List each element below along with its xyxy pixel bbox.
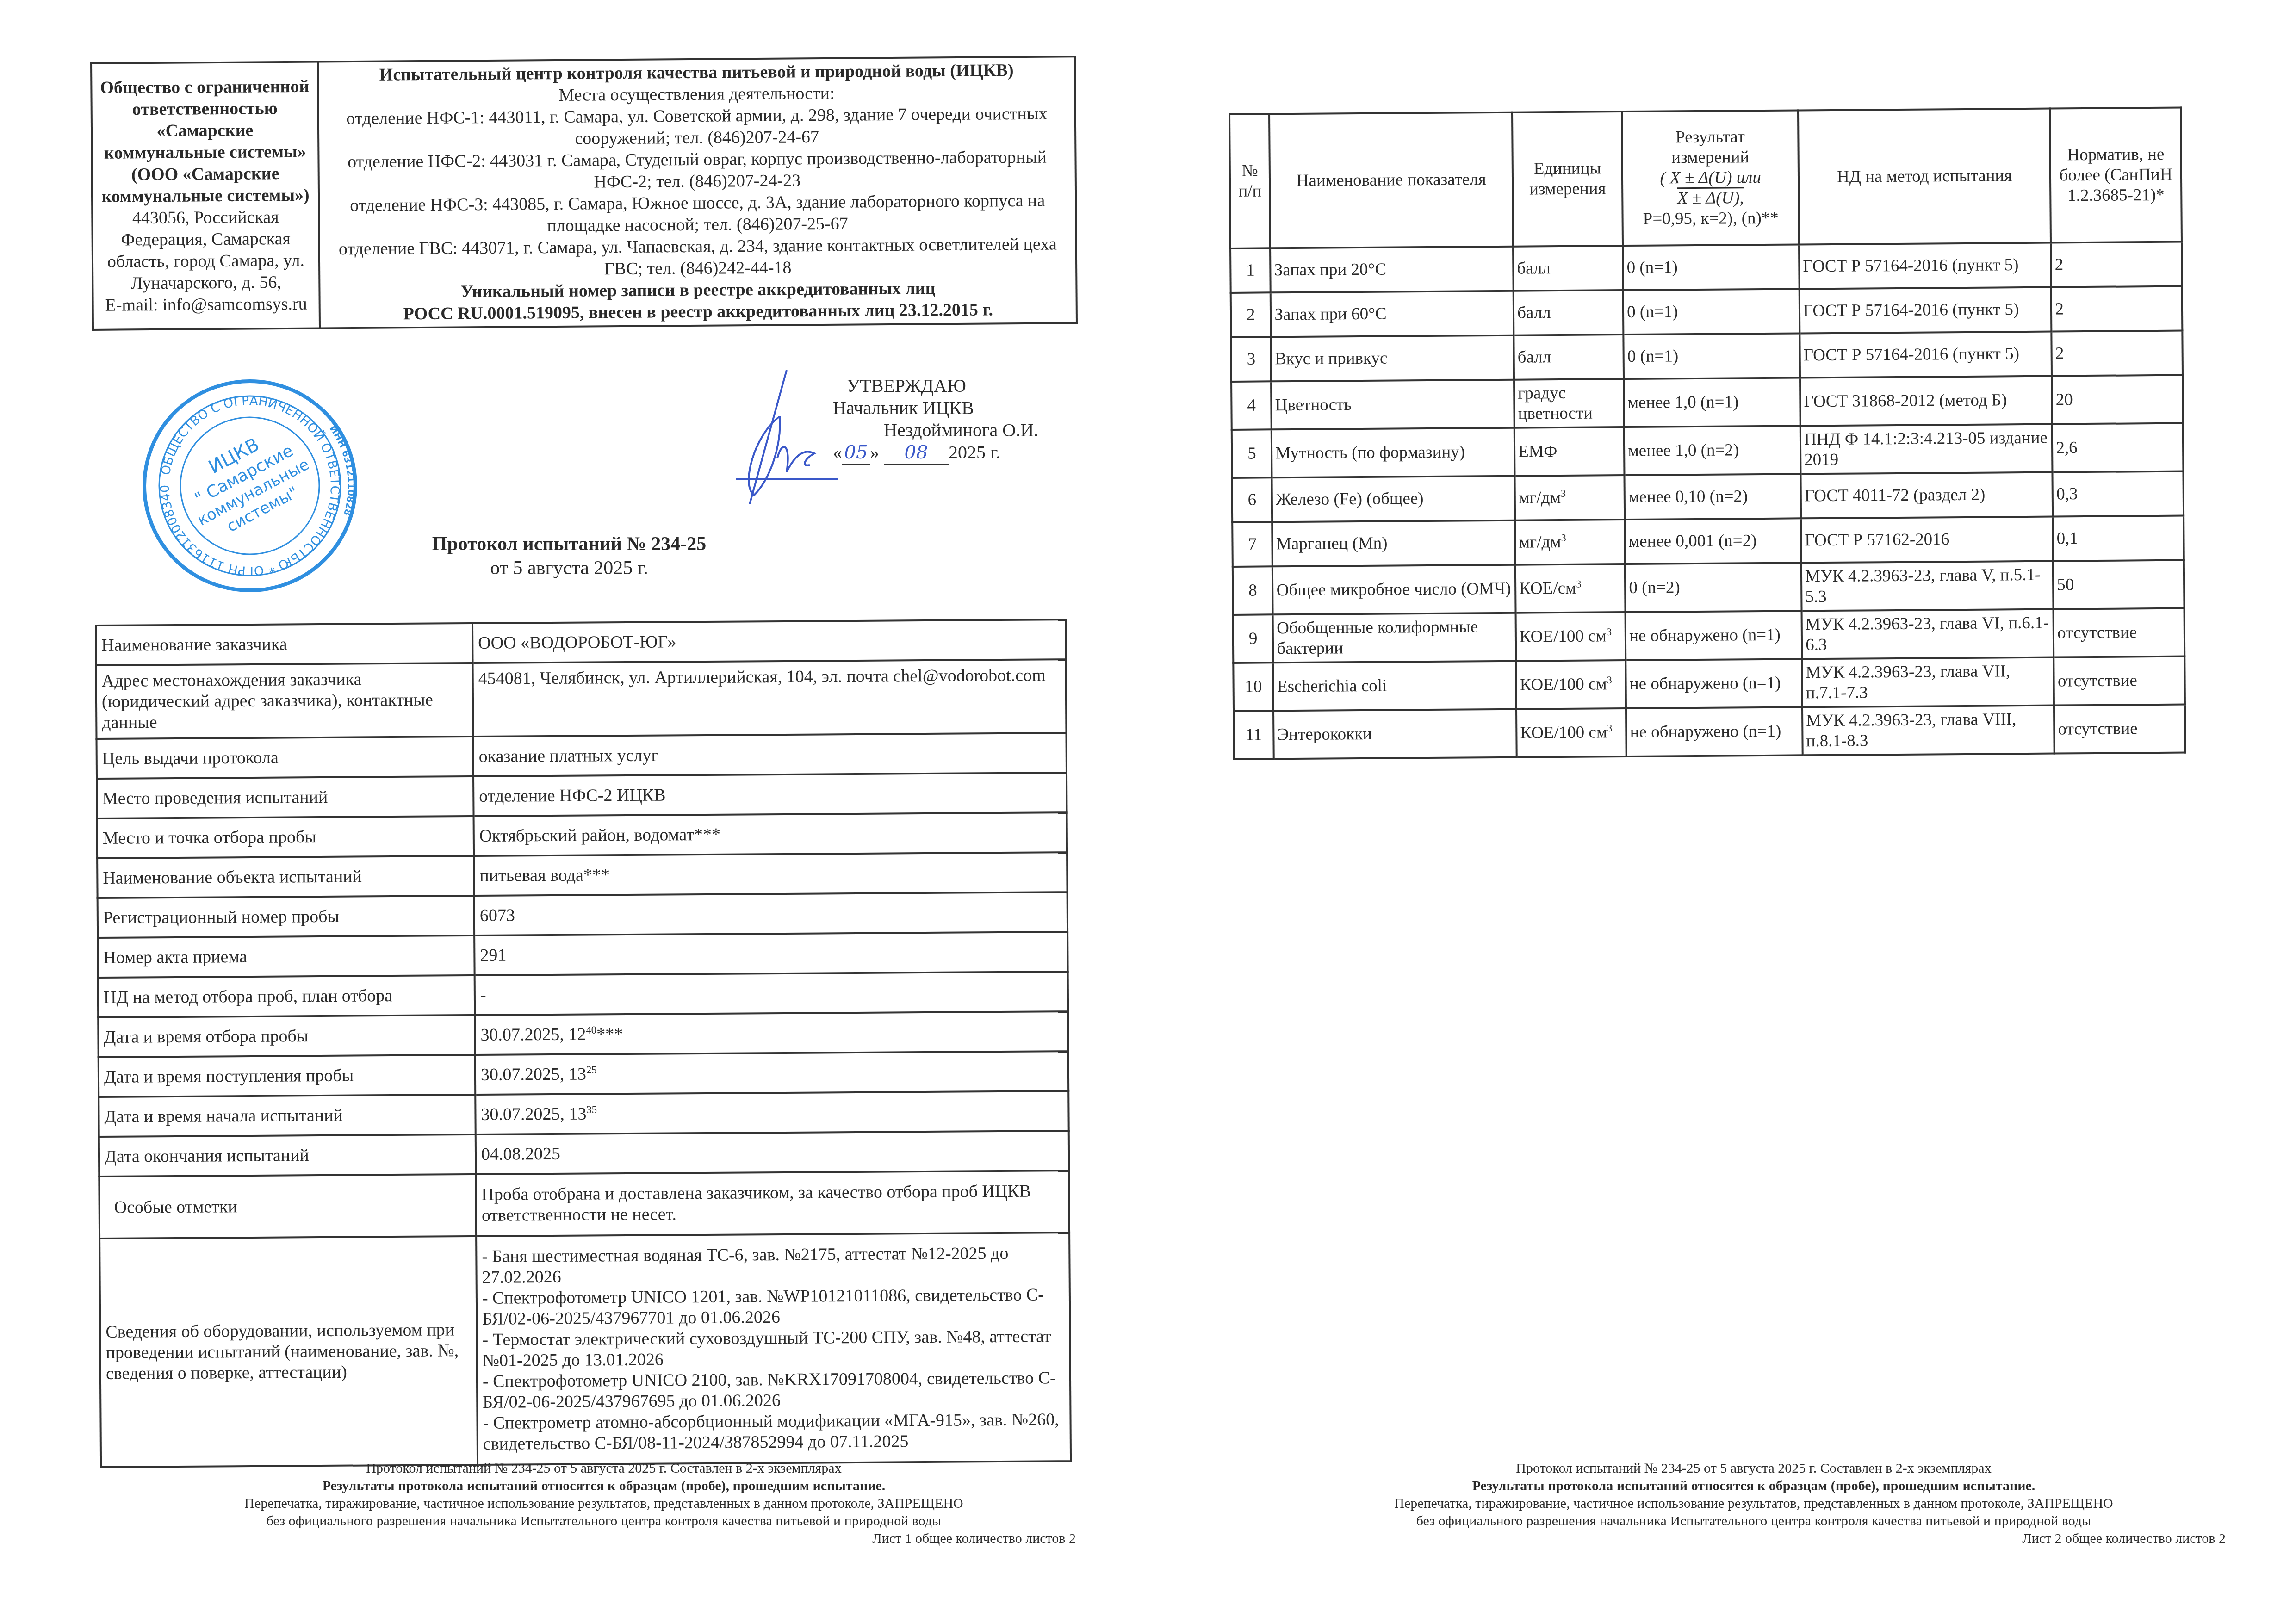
col-header-method: НД на метод испытания (1798, 109, 2051, 245)
table-row: Адрес местонахождения заказчика (юридиче… (96, 659, 1067, 739)
table-row: 2Запах при 60°Сбалл0 (n=1)ГОСТ Р 57164-2… (1231, 286, 2183, 337)
page-footer: Протокол испытаний № 234-25 от 5 августа… (1268, 1460, 2240, 1548)
unit: градус цветности (1514, 379, 1624, 428)
unit: балл (1514, 335, 1624, 380)
indicator-name: Мутность (по формазину) (1272, 428, 1514, 478)
branch-gvs: отделение ГВС: 443071, г. Самара, ул. Ча… (339, 234, 1057, 279)
registry-line-2: РОСС RU.0001.519095, внесен в реестр акк… (403, 300, 993, 323)
table-row: Сведения об оборудовании, используемом п… (99, 1233, 1071, 1467)
table-row: Цель выдачи протоколаоказание платных ус… (97, 733, 1067, 779)
result-value: менее 0,001 (n=2) (1625, 518, 1801, 564)
header-table: Общество с ограниченной ответственностью… (90, 56, 1078, 331)
sheet-number: Лист 1 общее количество листов 2 (118, 1530, 1090, 1548)
sheet-number: Лист 2 общее количество листов 2 (1268, 1530, 2240, 1548)
col-header-name: Наименование показателя (1269, 112, 1513, 248)
row-value: 454081, Челябинск, ул. Артиллерийская, 1… (473, 659, 1067, 737)
norm-value: отсутствие (2054, 608, 2184, 657)
table-header-row: № п/п Наименование показателя Единицы из… (1229, 108, 2182, 248)
org-name-line: «Самарские (157, 120, 254, 140)
indicator-name: Железо (Fe) (общее) (1272, 476, 1515, 522)
equipment-item: - Спектрофотометр UNICO 1201, зав. №WP10… (482, 1284, 1065, 1330)
test-method: МУК 4.2.3963-23, глава V, п.5.1-5.3 (1801, 561, 2054, 611)
test-method: ГОСТ 31868-2012 (метод Б) (1800, 376, 2052, 426)
norm-value: 2,6 (2052, 423, 2183, 472)
footer-line-bold: Результаты протокола испытаний относятся… (323, 1478, 886, 1493)
row-label: Особые отметки (99, 1174, 476, 1239)
table-row: Регистрационный номер пробы6073 (98, 892, 1067, 938)
table-row: 1Запах при 20°Сбалл0 (n=1)ГОСТ Р 57164-2… (1230, 242, 2182, 293)
result-value: не обнаружено (n=1) (1626, 707, 1802, 756)
unit: мг/дм3 (1515, 475, 1625, 520)
table-row: Место проведения испытанийотделение НФС-… (97, 773, 1067, 818)
org-name-line: коммунальные системы») (101, 185, 310, 206)
table-row: Дата окончания испытаний04.08.2025 (99, 1131, 1069, 1177)
footer-line-bold: Результаты протокола испытаний относятся… (1472, 1478, 2035, 1493)
result-value: не обнаружено (n=1) (1626, 611, 1802, 660)
col-header-norm: Норматив, не более (СанПиН 1.2.3685-21)* (2050, 108, 2182, 243)
row-value: - (475, 972, 1068, 1015)
row-label: Место и точка отбора пробы (97, 816, 474, 858)
row-label: Адрес местонахождения заказчика (юридиче… (96, 663, 473, 739)
result-value: не обнаружено (n=1) (1626, 659, 1802, 708)
organization-cell: Общество с ограниченной ответственностью… (91, 62, 320, 330)
row-value: 30.07.2025, 1335 (475, 1091, 1069, 1134)
org-address-line: область, город Самара, ул. (107, 250, 304, 271)
footer-line: без официального разрешения начальника И… (267, 1513, 942, 1529)
footer-line: без официального разрешения начальника И… (1416, 1513, 2091, 1529)
norm-value: 2 (2051, 286, 2182, 332)
row-value: Октябрьский район, водомат*** (474, 812, 1067, 856)
equipment-list: - Баня шестиместная водяная ТС-6, зав. №… (476, 1233, 1071, 1465)
equipment-item: - Спектрофотометр UNICO 2100, зав. №KRX1… (483, 1368, 1065, 1413)
page-2: № п/п Наименование показателя Единицы из… (1148, 0, 2296, 1623)
indicator-name: Вкус и привкус (1271, 335, 1514, 382)
col-header-unit: Единицы измерения (1512, 112, 1623, 247)
row-value: 291 (474, 932, 1068, 975)
registry-line-1: Уникальный номер записи в реестре аккред… (460, 279, 935, 301)
table-row: Наименование объекта испытанийпитьевая в… (97, 852, 1067, 898)
footer-line: Протокол испытаний № 234-25 от 5 августа… (366, 1461, 841, 1476)
table-row: 11ЭнтерококкиКОЕ/100 см3не обнаружено (n… (1234, 705, 2185, 759)
signature-icon (736, 365, 838, 504)
approver-position: Начальник ИЦКВ (833, 397, 1038, 419)
row-label: Наименование объекта испытаний (97, 856, 474, 898)
unit: КОЕ/100 см3 (1516, 612, 1626, 661)
row-number: 3 (1231, 337, 1271, 382)
indicator-name: Запах при 60°С (1271, 291, 1514, 337)
unit: ЕМФ (1514, 427, 1625, 476)
approver-name: Нездойминога О.И. (884, 420, 1038, 440)
table-row: 10Escherichia coliКОЕ/100 см3не обнаруже… (1233, 657, 2185, 711)
row-value: ООО «ВОДОРОБОТ-ЮГ» (472, 619, 1066, 663)
row-value: 6073 (474, 892, 1068, 935)
result-value: 0 (n=1) (1624, 333, 1800, 379)
protocol-number: Протокол испытаний № 234-25 (432, 533, 706, 555)
test-method: ГОСТ Р 57164-2016 (пункт 5) (1800, 287, 2052, 334)
table-row: Номер акта приема291 (98, 932, 1067, 978)
table-row: Дата и время начала испытаний30.07.2025,… (99, 1091, 1068, 1137)
table-row: Особые отметкиПроба отобрана и доставлен… (99, 1171, 1069, 1239)
test-method: МУК 4.2.3963-23, глава VII, п.7.1-7.3 (1802, 657, 2054, 707)
table-row: 6Железо (Fe) (общее)мг/дм3менее 0,10 (n=… (1232, 471, 2184, 522)
test-method: ГОСТ 4011-72 (раздел 2) (1800, 472, 2053, 519)
test-method: ГОСТ Р 57164-2016 (пункт 5) (1799, 243, 2051, 289)
row-label: Дата окончания испытаний (99, 1134, 476, 1177)
result-value: 0 (n=2) (1625, 563, 1801, 612)
branch-nfs1: отделение НФС-1: 443011, г. Самара, ул. … (346, 104, 1047, 149)
approval-block: УТВЕРЖДАЮ Начальник ИЦКВ Нездойминога О.… (833, 375, 1038, 465)
footer-line: Перепечатка, тиражирование, частичное ис… (244, 1496, 963, 1511)
test-method: МУК 4.2.3963-23, глава VI, п.6.1-6.3 (1802, 609, 2054, 659)
table-row: 7Марганец (Mn)мг/дм3менее 0,001 (n=2)ГОС… (1232, 516, 2184, 567)
row-value: Проба отобрана и доставлена заказчиком, … (476, 1171, 1069, 1236)
protocol-date: от 5 августа 2025 г. (490, 558, 648, 579)
row-number: 11 (1234, 711, 1274, 759)
approval-month: 08 (905, 442, 928, 463)
row-value: 04.08.2025 (476, 1131, 1069, 1174)
indicator-name: Марганец (Mn) (1272, 520, 1515, 567)
table-row: НД на метод отбора проб, план отбора- (98, 972, 1068, 1017)
row-number: 1 (1230, 248, 1271, 293)
branch-nfs3: отделение НФС-3: 443085, г. Самара, Южно… (350, 191, 1045, 236)
norm-value: 20 (2052, 375, 2183, 424)
col-header-result: Результат измерений ( X ± Δ(U) или X ± Δ… (1622, 110, 1799, 246)
row-label: Сведения об оборудовании, используемом п… (99, 1236, 478, 1467)
table-row: 3Вкус и привкусбалл0 (n=1)ГОСТ Р 57164-2… (1231, 331, 2183, 382)
table-row: Наименование заказчикаООО «ВОДОРОБОТ-ЮГ» (96, 619, 1066, 665)
row-label: Наименование заказчика (96, 623, 473, 665)
row-number: 9 (1233, 614, 1273, 663)
result-value: 0 (n=1) (1623, 244, 1799, 290)
indicator-name: Escherichia coli (1273, 661, 1516, 711)
footer-line: Протокол испытаний № 234-25 от 5 августа… (1516, 1461, 1991, 1476)
result-value: менее 1,0 (n=1) (1624, 378, 1800, 427)
table-row: Дата и время отбора пробы30.07.2025, 124… (98, 1011, 1068, 1057)
test-method: ПНД Ф 14.1:2:3:4.213-05 издание 2019 (1800, 424, 2053, 474)
test-method: ГОСТ Р 57162-2016 (1801, 517, 2053, 563)
approve-label: УТВЕРЖДАЮ (833, 375, 1038, 397)
indicator-name: Цветность (1271, 380, 1514, 430)
indicator-name: Запах при 20°С (1270, 247, 1513, 293)
table-row: 4Цветностьградус цветностименее 1,0 (n=1… (1231, 375, 2183, 430)
row-label: Номер акта приема (98, 935, 475, 978)
page-1: Общество с ограниченной ответственностью… (0, 0, 1148, 1623)
equipment-item: - Баня шестиместная водяная ТС-6, зав. №… (482, 1243, 1064, 1288)
table-row: 8Общее микробное число (ОМЧ)КОЕ/см30 (n=… (1233, 560, 2184, 615)
row-number: 7 (1232, 522, 1272, 567)
indicator-name: Общее микробное число (ОМЧ) (1272, 565, 1515, 615)
org-name-line: Общество с ограниченной (100, 76, 309, 97)
row-label: Регистрационный номер пробы (98, 896, 475, 938)
org-email: E-mail: info@samcomsys.ru (105, 294, 307, 315)
indicator-name: Энтерококки (1273, 709, 1516, 759)
row-number: 4 (1231, 381, 1272, 430)
protocol-title: Протокол испытаний № 234-25 от 5 августа… (384, 532, 754, 580)
result-value: менее 1,0 (n=2) (1624, 426, 1800, 475)
row-value: отделение НФС-2 ИЦКВ (473, 773, 1067, 816)
row-value: питьевая вода*** (474, 852, 1067, 896)
unit: КОЕ/100 см3 (1516, 660, 1626, 709)
norm-value: отсутствие (2054, 705, 2185, 754)
table-row: Дата и время поступления пробы30.07.2025… (99, 1051, 1068, 1097)
unit: балл (1513, 246, 1623, 291)
norm-value: 50 (2053, 560, 2184, 609)
approval-day: 05 (844, 442, 868, 463)
org-address-line: Федерация, Самарская (121, 229, 291, 249)
row-label: Дата и время поступления пробы (99, 1055, 476, 1097)
norm-value: 0,3 (2053, 471, 2184, 517)
norm-value: отсутствие (2054, 657, 2185, 706)
test-method: ГОСТ Р 57164-2016 (пункт 5) (1800, 332, 2052, 378)
org-address-line: Луначарского, д. 56, (130, 273, 281, 293)
col-header-num: № п/п (1229, 114, 1270, 248)
row-number: 6 (1232, 477, 1272, 522)
center-info-cell: Испытательный центр контроля качества пи… (318, 56, 1077, 328)
company-stamp-icon: ОБЩЕСТВО С ОГРАНИЧЕННОЙ ОТВЕТСТВЕННОСТЬЮ… (139, 377, 361, 595)
result-value: 0 (n=1) (1623, 289, 1800, 335)
test-method: МУК 4.2.3963-23, глава VIII, п.8.1-8.3 (1802, 706, 2054, 756)
org-name-line: коммунальные системы» (104, 142, 306, 162)
approval-year: 2025 г. (949, 442, 1000, 463)
equipment-item: - Спектрометр атомно-абсорбционный модиф… (483, 1409, 1065, 1455)
norm-value: 0,1 (2053, 516, 2184, 561)
footer-line: Перепечатка, тиражирование, частичное ис… (1394, 1496, 2113, 1511)
row-number: 2 (1231, 292, 1271, 337)
unit: балл (1514, 290, 1624, 335)
center-title: Испытательный центр контроля качества пи… (379, 61, 1014, 85)
row-number: 5 (1232, 429, 1272, 478)
places-label: Места осуществления деятельности: (558, 84, 835, 105)
row-label: Цель выдачи протокола (97, 737, 474, 779)
row-value: 30.07.2025, 1240*** (475, 1011, 1068, 1055)
indicator-name: Обобщенные колиформные бактерии (1273, 613, 1516, 663)
row-value: оказание платных услуг (473, 733, 1067, 776)
norm-value: 2 (2051, 242, 2182, 287)
unit: КОЕ/100 см3 (1516, 708, 1626, 757)
org-name-line: (ООО «Самарские (131, 164, 279, 184)
page-footer: Протокол испытаний № 234-25 от 5 августа… (118, 1460, 1090, 1548)
branch-nfs2: отделение НФС-2: 443031 г. Самара, Студе… (348, 148, 1047, 192)
row-label: Дата и время начала испытаний (99, 1095, 476, 1137)
row-label: Место проведения испытаний (97, 776, 474, 818)
row-value: 30.07.2025, 1325 (475, 1051, 1069, 1095)
results-table: № п/п Наименование показателя Единицы из… (1229, 107, 2186, 760)
table-row: Место и точка отбора пробыОктябрьский ра… (97, 812, 1067, 858)
norm-value: 2 (2052, 331, 2183, 376)
unit: мг/дм3 (1515, 520, 1625, 565)
equipment-item: - Термостат электрический суховоздушный … (482, 1326, 1065, 1371)
result-value: менее 0,10 (n=2) (1625, 474, 1801, 520)
org-name-line: ответственностью (132, 99, 278, 119)
org-address-line: 443056, Российская (132, 207, 279, 228)
sample-info-table: Наименование заказчикаООО «ВОДОРОБОТ-ЮГ»… (95, 619, 1072, 1468)
table-row: 9Обобщенные колиформные бактерииКОЕ/100 … (1233, 608, 2185, 663)
row-number: 10 (1233, 663, 1273, 711)
row-number: 8 (1233, 566, 1273, 615)
row-label: НД на метод отбора проб, план отбора (98, 975, 475, 1017)
table-row: 5Мутность (по формазину)ЕМФменее 1,0 (n=… (1232, 423, 2184, 478)
unit: КОЕ/см3 (1515, 564, 1626, 613)
row-label: Дата и время отбора пробы (98, 1015, 475, 1057)
